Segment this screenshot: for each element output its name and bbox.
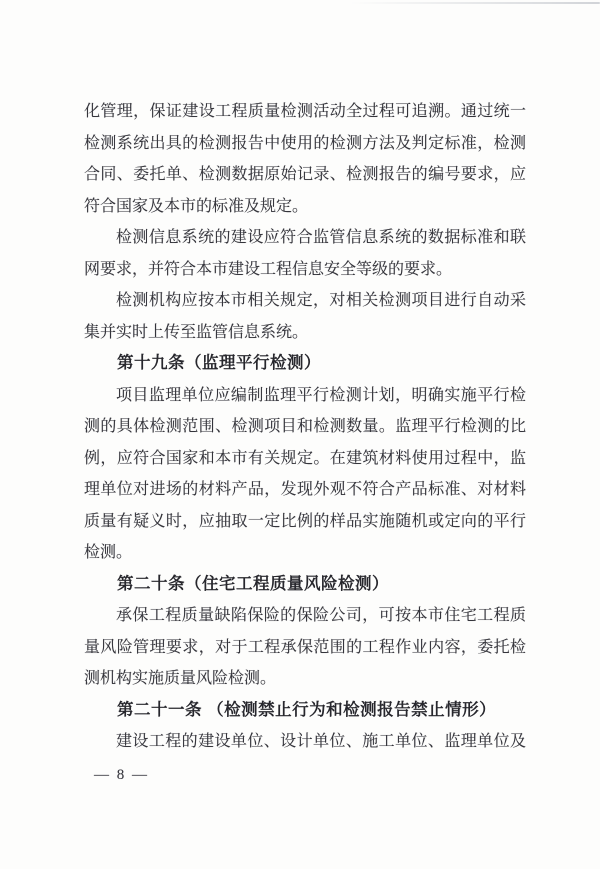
article-heading-20: 第二十条（住宅工程质量风险检测）: [84, 569, 526, 601]
scan-artifact-top-edge: [350, 2, 600, 4]
paragraph-detection-info-system: 检测信息系统的建设应符合监管信息系统的数据标准和联网要求，并符合本市建设工程信息…: [84, 222, 526, 285]
document-page: 化管理，保证建设工程质量检测活动全过程可追溯。通过统一检测系统出具的检测报告中使…: [0, 0, 600, 869]
paragraph-auto-upload: 检测机构应按本市相关规定，对相关检测项目进行自动采集并实时上传至监管信息系统。: [84, 285, 526, 348]
paragraph-quality-risk-detection: 承保工程质量缺陷保险的保险公司，可按本市住宅工程质量风险管理要求，对于工程承保范…: [84, 600, 526, 695]
document-body: 化管理，保证建设工程质量检测活动全过程可追溯。通过统一检测系统出具的检测报告中使…: [84, 96, 526, 758]
article-heading-21: 第二十一条 （检测禁止行为和检测报告禁止情形）: [84, 695, 526, 727]
page-number: — 8 —: [94, 765, 149, 785]
paragraph-continued-from-previous-page: 化管理，保证建设工程质量检测活动全过程可追溯。通过统一检测系统出具的检测报告中使…: [84, 96, 526, 222]
paragraph-runover-to-next-page: 建设工程的建设单位、设计单位、施工单位、监理单位及: [84, 726, 526, 758]
paragraph-parallel-detection: 项目监理单位应编制监理平行检测计划，明确实施平行检测的具体检测范围、检测项目和检…: [84, 380, 526, 569]
article-heading-19: 第十九条（监理平行检测）: [84, 348, 526, 380]
